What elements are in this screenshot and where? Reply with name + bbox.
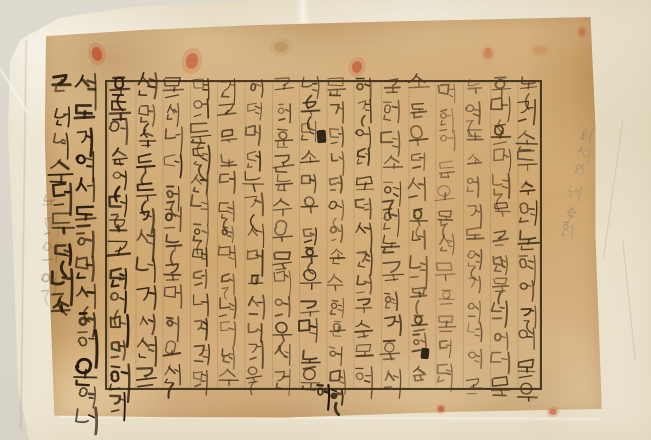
photograph-of-manuscript [0, 0, 651, 440]
column-ruling-lines [108, 83, 540, 388]
